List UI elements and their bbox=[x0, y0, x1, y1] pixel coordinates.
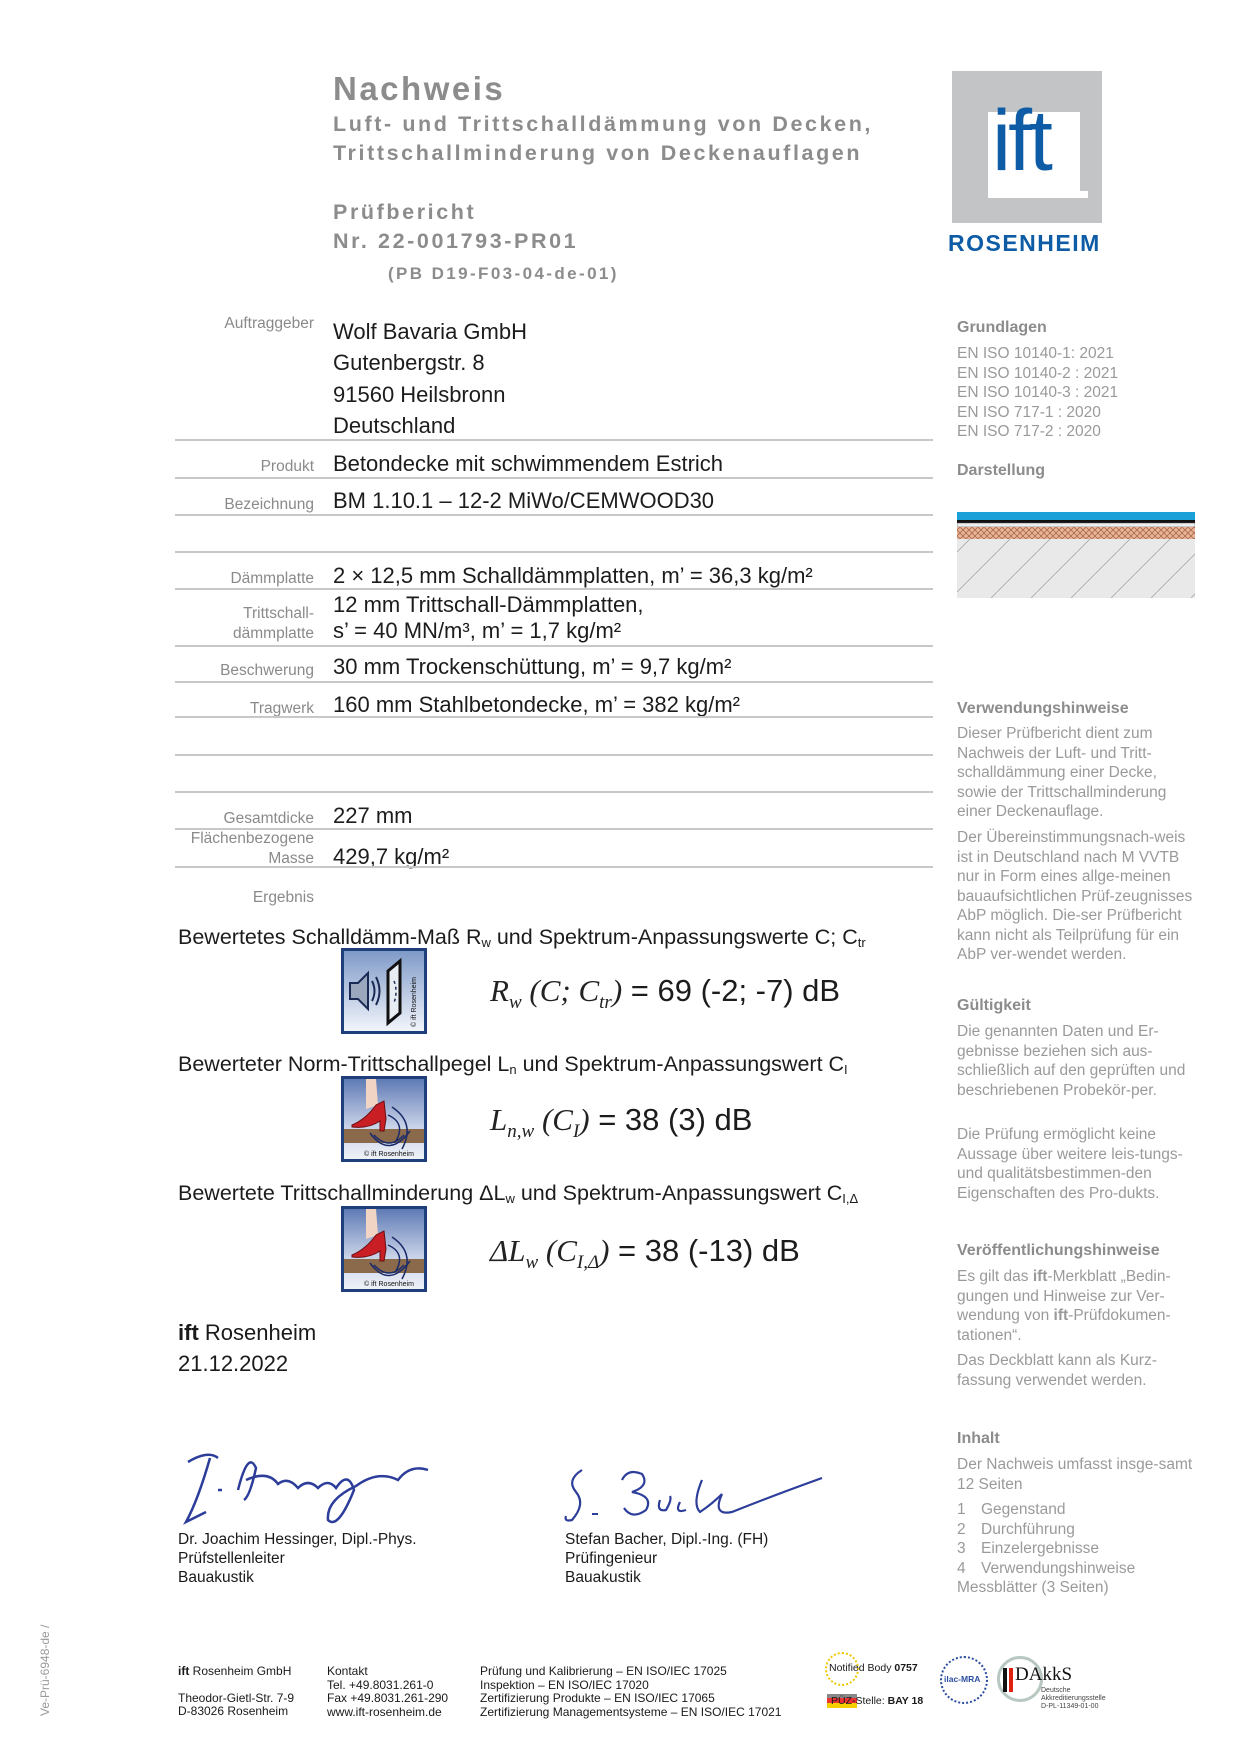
divider bbox=[175, 791, 933, 793]
client-line-1: Wolf Bavaria GmbH bbox=[333, 316, 527, 347]
validity-text-1: Die genannten Daten und Er-gebnisse bezi… bbox=[957, 1022, 1197, 1100]
divider bbox=[175, 514, 933, 516]
logo-text: ift bbox=[992, 98, 1050, 184]
footer-company: ift Rosenheim GmbH Theodor-Gietl-Str. 7-… bbox=[178, 1665, 294, 1719]
validity-text-2: Die Prüfung ermöglicht keine Aussage übe… bbox=[957, 1125, 1197, 1203]
website-link[interactable]: www.ift-rosenheim.de bbox=[327, 1706, 448, 1720]
impact-reduction-icon: © ift Rosenheim bbox=[341, 1206, 427, 1292]
contents-item: 4Verwendungshinweise bbox=[957, 1559, 1192, 1579]
formula-impact: Ln,w (CI) = 38 (3) dB bbox=[490, 1102, 752, 1143]
formula-reduction: ΔLw (CI,Δ) = 38 (-13) dB bbox=[490, 1233, 800, 1274]
basis-list: EN ISO 10140-1: 2021 EN ISO 10140-2 : 20… bbox=[957, 344, 1192, 442]
document-subtitle-2: Trittschallminderung von Deckenauflagen bbox=[333, 141, 862, 166]
mass-label-1: Flächenbezogene bbox=[174, 830, 314, 848]
document-title: Nachweis bbox=[333, 70, 505, 108]
insulation-label: Dämmplatte bbox=[174, 570, 314, 588]
contents-list: 1Gegenstand 2Durchführung 3Einzelergebni… bbox=[957, 1500, 1192, 1598]
divider bbox=[175, 754, 933, 756]
form-code: Ve-Prü-6948-de / bbox=[38, 1625, 52, 1716]
validity-heading: Gültigkeit bbox=[957, 997, 1031, 1015]
contents-heading: Inhalt bbox=[957, 1430, 1000, 1448]
formula-airborne: Rw (C; Ctr) = 69 (-2; -7) dB bbox=[490, 973, 840, 1014]
signature-2 bbox=[562, 1460, 832, 1530]
svg-text:© ift Rosenheim: © ift Rosenheim bbox=[364, 1280, 414, 1288]
client-line-4: Deutschland bbox=[333, 410, 455, 441]
contents-item: 2Durchführung bbox=[957, 1520, 1192, 1540]
issue-date: 21.12.2022 bbox=[178, 1351, 288, 1377]
client-line-3: 91560 Heilsbronn bbox=[333, 379, 505, 410]
impact-value-2: s’ = 40 MN/m³, m’ = 1,7 kg/m² bbox=[333, 615, 621, 646]
insulation-value: 2 × 12,5 mm Schalldämmplatten, m’ = 36,3… bbox=[333, 560, 813, 591]
report-code: (PB D19-F03-04-de-01) bbox=[388, 264, 619, 284]
basis-heading: Grundlagen bbox=[957, 319, 1047, 337]
publication-heading: Veröffentlichungshinweise bbox=[957, 1242, 1160, 1260]
result-heading-reduction: Bewertete Trittschallminderung ΔLw und S… bbox=[178, 1181, 858, 1206]
usage-text-2: Der Übereinstimmungsnach-weis ist in Deu… bbox=[957, 828, 1197, 965]
logo-frame-right bbox=[1080, 71, 1102, 191]
publication-text-2: Das Deckblatt kann als Kurz-fassung verw… bbox=[957, 1351, 1197, 1390]
thickness-value: 227 mm bbox=[333, 800, 412, 831]
report-number: Nr. 22-001793-PR01 bbox=[333, 229, 578, 254]
client-label: Auftraggeber bbox=[174, 315, 314, 333]
result-heading-airborne: Bewertetes Schalldämm-Maß Rw und Spektru… bbox=[178, 925, 866, 950]
airborne-sound-icon: © ift Rosenheim bbox=[341, 948, 427, 1034]
usage-heading: Verwendungshinweise bbox=[957, 700, 1129, 718]
impact-label-2: dämmplatte bbox=[174, 625, 314, 643]
divider bbox=[175, 551, 933, 553]
divider bbox=[175, 477, 933, 479]
contents-item: 3Einzelergebnisse bbox=[957, 1539, 1192, 1559]
ilac-mra-icon: ilac-MRA bbox=[940, 1656, 988, 1704]
weight-value: 30 mm Trockenschüttung, m’ = 9,7 kg/m² bbox=[333, 651, 731, 682]
issuer-name: ift Rosenheim bbox=[178, 1320, 316, 1346]
signatory-1: Dr. Joachim Hessinger, Dipl.-Phys. Prüfs… bbox=[178, 1530, 417, 1587]
report-label: Prüfbericht bbox=[333, 200, 476, 225]
contents-intro: Der Nachweis umfasst insge-samt 12 Seite… bbox=[957, 1455, 1197, 1494]
footer-contact: Kontakt Tel. +49.8031.261-0 Fax +49.8031… bbox=[327, 1665, 448, 1719]
illustration-heading: Darstellung bbox=[957, 462, 1045, 480]
client-line-2: Gutenbergstr. 8 bbox=[333, 347, 485, 378]
svg-text:© ift Rosenheim: © ift Rosenheim bbox=[410, 977, 418, 1027]
signature-1 bbox=[178, 1440, 438, 1530]
product-value: Betondecke mit schwimmendem Estrich bbox=[333, 448, 723, 479]
result-label: Ergebnis bbox=[174, 889, 314, 907]
impact-sound-icon: © ift Rosenheim bbox=[341, 1076, 427, 1162]
divider bbox=[175, 866, 933, 868]
result-heading-impact: Bewerteter Norm-Trittschallpegel Ln und … bbox=[178, 1052, 848, 1077]
divider bbox=[175, 716, 933, 718]
divider bbox=[175, 645, 933, 647]
logo-subtext: ROSENHEIM bbox=[948, 230, 1101, 257]
product-label: Produkt bbox=[174, 458, 314, 476]
impact-label-1: Trittschall- bbox=[174, 605, 314, 623]
divider bbox=[175, 439, 933, 441]
thickness-label: Gesamtdicke bbox=[174, 810, 314, 828]
notified-body-badge: Notified Body 0757 PÜZ-Stelle: BAY 18 bbox=[825, 1650, 935, 1720]
publication-text-1: Es gilt das ift-Merkblatt „Bedin-gungen … bbox=[957, 1267, 1197, 1345]
document-subtitle-1: Luft- und Trittschalldämmung von Decken, bbox=[333, 112, 873, 137]
divider bbox=[175, 681, 933, 683]
usage-text-1: Dieser Prüfbericht dient zum Nachweis de… bbox=[957, 724, 1197, 822]
svg-text:© ift Rosenheim: © ift Rosenheim bbox=[364, 1150, 414, 1158]
designation-value: BM 1.10.1 – 12-2 MiWo/CEMWOOD30 bbox=[333, 485, 714, 516]
footer-accreditations: Prüfung und Kalibrierung – EN ISO/IEC 17… bbox=[480, 1665, 781, 1719]
signatory-2: Stefan Bacher, Dipl.-Ing. (FH) Prüfingen… bbox=[565, 1530, 768, 1587]
designation-label: Bezeichnung bbox=[174, 496, 314, 514]
contents-extra: Messblätter (3 Seiten) bbox=[957, 1578, 1192, 1598]
dakks-badge: DAkkS DeutscheAkkreditierungsstelleD-PL-… bbox=[997, 1654, 1117, 1714]
contents-item: 1Gegenstand bbox=[957, 1500, 1192, 1520]
floor-construction-illustration bbox=[957, 512, 1195, 598]
weight-label: Beschwerung bbox=[174, 662, 314, 680]
